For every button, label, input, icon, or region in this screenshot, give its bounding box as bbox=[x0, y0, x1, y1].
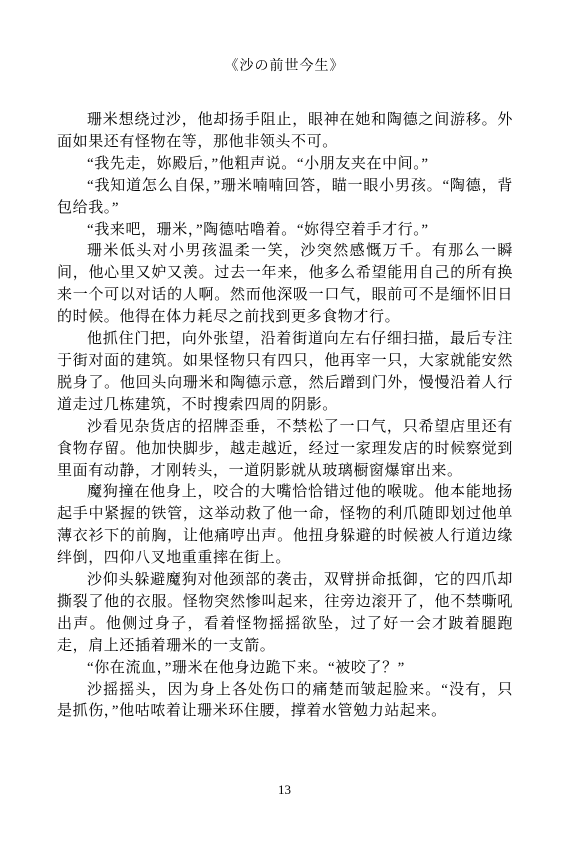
paragraph: 珊米想绕过沙，他却扬手阻止，眼神在她和陶德之间游移。外面如果还有怪物在等，那他非… bbox=[57, 110, 513, 154]
paragraph: “你在流血，”珊米在他身边跪下来。“被咬了？” bbox=[57, 658, 513, 680]
paragraph: 沙仰头躲避魔狗对他颈部的袭击，双臂拼命抵御，它的四爪却撕裂了他的衣服。怪物突然惨… bbox=[57, 570, 513, 658]
page-number: 13 bbox=[0, 782, 569, 798]
document-page: 《沙の前世今生》 珊米想绕过沙，他却扬手阻止，眼神在她和陶德之间游移。外面如果还… bbox=[0, 0, 569, 853]
paragraph: “我知道怎么自保，”珊米喃喃回答，瞄一眼小男孩。“陶德，背包给我。” bbox=[57, 176, 513, 220]
paragraph: 沙看见杂货店的招牌歪垂，不禁松了一口气，只希望店里还有食物存留。他加快脚步，越走… bbox=[57, 417, 513, 483]
paragraph: 沙摇摇头，因为身上各处伤口的痛楚而皱起脸来。“没有，只是抓伤，”他咕哝着让珊米环… bbox=[57, 680, 513, 724]
paragraph: “我先走，妳殿后，”他粗声说。“小朋友夹在中间。” bbox=[57, 154, 513, 176]
chapter-title: 《沙の前世今生》 bbox=[0, 55, 569, 75]
paragraph: 他抓住门把，向外张望，沿着街道向左右仔细扫描，最后专注于街对面的建筑。如果怪物只… bbox=[57, 329, 513, 417]
document-body: 珊米想绕过沙，他却扬手阻止，眼神在她和陶德之间游移。外面如果还有怪物在等，那他非… bbox=[57, 110, 513, 723]
paragraph: 魔狗撞在他身上，咬合的大嘴恰恰错过他的喉咙。他本能地扬起手中紧握的铁管，这举动救… bbox=[57, 482, 513, 570]
paragraph: 珊米低头对小男孩温柔一笑，沙突然感慨万千。有那么一瞬间，他心里又妒又羡。过去一年… bbox=[57, 241, 513, 329]
paragraph: “我来吧，珊米，”陶德咕噜着。“妳得空着手才行。” bbox=[57, 220, 513, 242]
